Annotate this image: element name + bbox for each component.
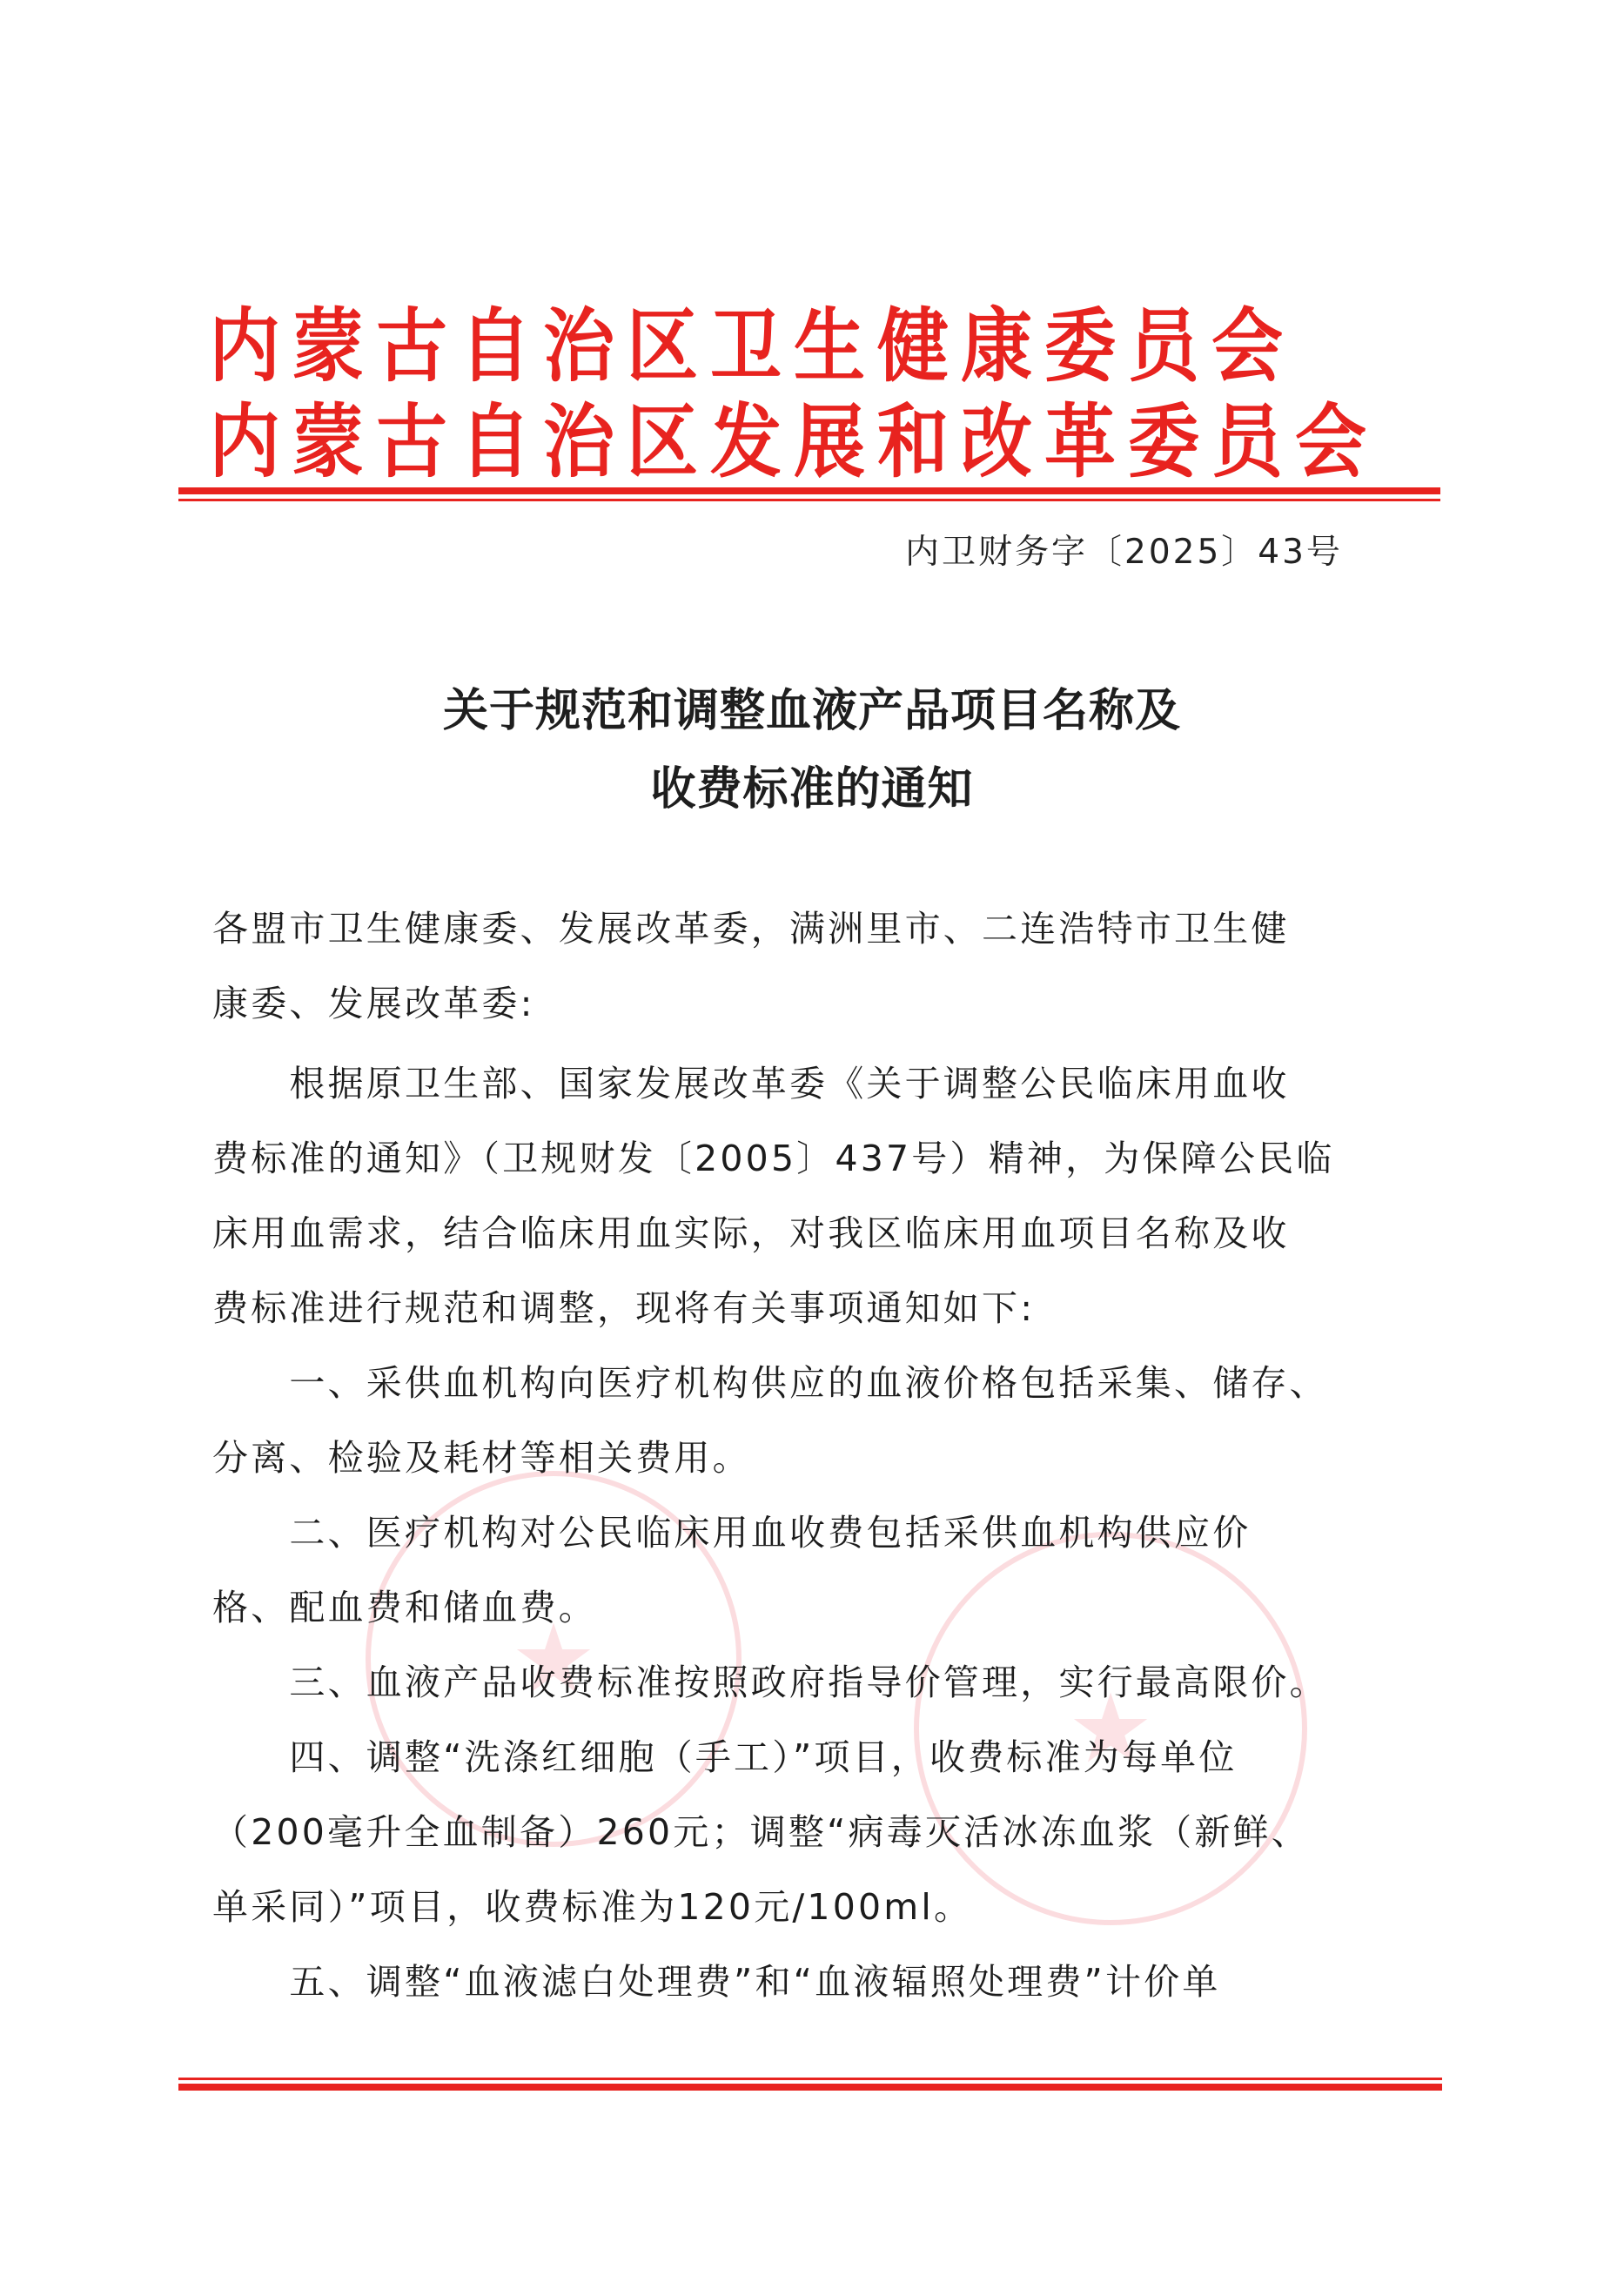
paragraph-line: 费标准的通知》（卫规财发〔2005〕437号）精神，为保障公民临 xyxy=(212,1121,1335,1196)
clause-4-line: 单采同）”项目，收费标准为120元/100ml。 xyxy=(212,1870,972,1944)
clause-4-line: （200毫升全血制备）260元；调整“病毒灭活冰冻血浆（新鲜、 xyxy=(212,1795,1310,1870)
document-number: 内卫财务字〔2025〕43号 xyxy=(905,525,1343,574)
clause-2-line: 二、医疗机构对公民临床用血收费包括采供血机构供应价 xyxy=(212,1495,1251,1570)
issuing-organization-1: 内蒙古自治区卫生健康委员会 xyxy=(209,306,1427,386)
clause-1-line: 一、采供血机构向医疗机构供应的血液价格包括采集、储存、 xyxy=(212,1346,1328,1420)
footer-red-rule-thick xyxy=(178,2084,1442,2091)
clause-3-line: 三、血液产品收费标准按照政府指导价管理，实行最高限价。 xyxy=(212,1645,1328,1720)
header-red-rule-thick xyxy=(178,487,1440,494)
addressee-line: 康委、发展改革委: xyxy=(212,966,535,1041)
header-red-rule-thin xyxy=(178,499,1440,501)
addressee-line: 各盟市卫生健康委、发展改革委，满洲里市、二连浩特市卫生健 xyxy=(212,891,1290,966)
document-title-line-1: 关于规范和调整血液产品项目名称及 xyxy=(0,674,1624,739)
paragraph-line: 根据原卫生部、国家发展改革委《关于调整公民临床用血收 xyxy=(212,1046,1290,1121)
clause-1-line: 分离、检验及耗材等相关费用。 xyxy=(212,1420,751,1495)
footer-red-rule-thin xyxy=(178,2078,1442,2080)
clause-4-line: 四、调整“洗涤红细胞（手工）”项目，收费标准为每单位 xyxy=(212,1720,1238,1795)
paragraph-line: 床用血需求，结合临床用血实际，对我区临床用血项目名称及收 xyxy=(212,1196,1290,1271)
document-title-line-2: 收费标准的通知 xyxy=(0,752,1624,817)
issuing-organization-2: 内蒙古自治区发展和改革委员会 xyxy=(209,402,1427,482)
clause-5-line: 五、调整“血液滤白处理费”和“血液辐照处理费”计价单 xyxy=(212,1944,1221,2019)
paragraph-line: 费标准进行规范和调整，现将有关事项通知如下: xyxy=(212,1271,1035,1346)
clause-2-line: 格、配血费和储血费。 xyxy=(212,1570,597,1645)
